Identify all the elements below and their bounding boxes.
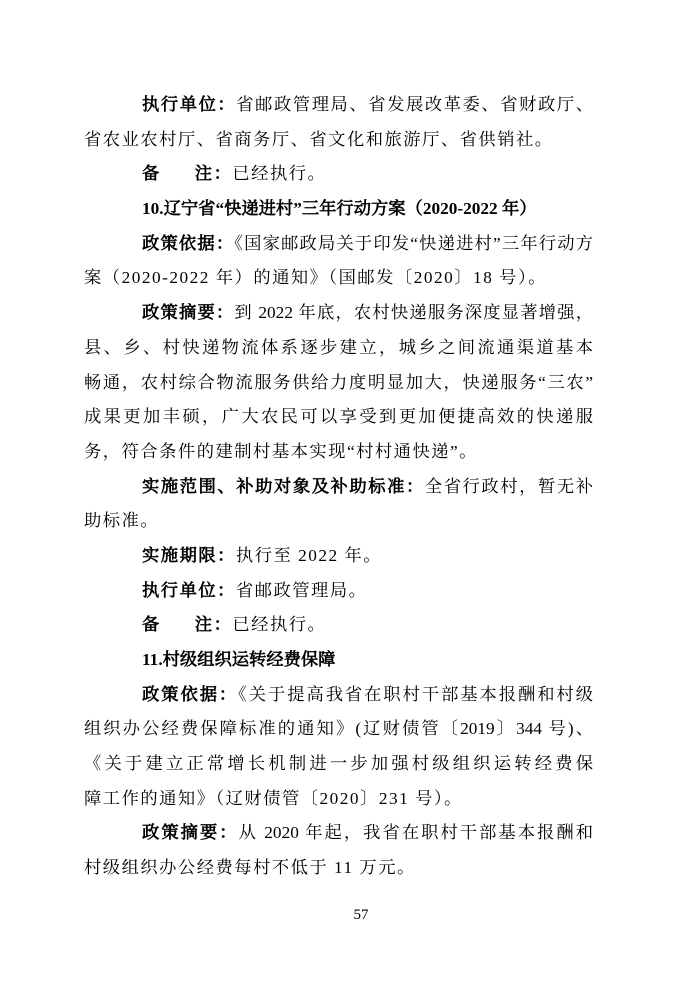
text-run: 村级组织办公经费每村不低于 11 万元。 bbox=[84, 858, 416, 877]
field-label: 备 bbox=[142, 615, 161, 634]
text-run: 从 2020 年起，我省在职村干部基本报酬和 bbox=[239, 823, 593, 842]
page-number: 57 bbox=[0, 907, 700, 924]
text-run: 《关于建立正常增长机制进一步加强村级组织运转经费保 bbox=[84, 754, 593, 773]
text-run: 全省行政村，暂无补 bbox=[425, 477, 593, 496]
para-scope-line: 助标准。 bbox=[84, 504, 593, 539]
para-period-line: 实施期限：执行至 2022 年。 bbox=[84, 539, 593, 574]
text-run: 案（2020-2022 年）的通知》（国邮发〔2020〕18 号）。 bbox=[84, 268, 547, 287]
para-policy-basis-line: 政策依据：《关于提高我省在职村干部基本报酬和村级 bbox=[84, 678, 593, 713]
para-policy-summary-line: 成果更加丰硕，广大农民可以享受到更加便捷高效的快递服 bbox=[84, 400, 593, 435]
field-label: 政策依据： bbox=[142, 685, 238, 704]
text-run: 已经执行。 bbox=[232, 615, 326, 634]
field-label: 政策摘要： bbox=[142, 303, 234, 322]
field-label: 执行单位： bbox=[142, 95, 236, 114]
para-scope-line: 实施范围、补助对象及补助标准：全省行政村，暂无补 bbox=[84, 470, 593, 505]
para-policy-summary-line: 村级组织办公经费每村不低于 11 万元。 bbox=[84, 851, 593, 886]
text-run: 障工作的通知》（辽财债管〔2020〕231 号）。 bbox=[84, 789, 463, 808]
para-policy-basis-line: 组织办公经费保障标准的通知》(辽财债管〔2019〕344 号)、 bbox=[84, 712, 593, 747]
text-run: 执行至 2022 年。 bbox=[236, 546, 382, 565]
para-policy-basis-line: 政策依据：《国家邮政局关于印发“快递进村”三年行动方 bbox=[84, 227, 593, 262]
field-label: 实施期限： bbox=[142, 546, 236, 565]
text-run: 县、乡、村快递物流体系逐步建立，城乡之间流通渠道基本 bbox=[84, 338, 593, 357]
para-exec-unit-line: 执行单位：省邮政管理局、省发展改革委、省财政厅、 bbox=[84, 88, 593, 123]
field-label: 注： bbox=[195, 615, 233, 634]
field-label: 10.辽宁省“快递进村”三年行动方案（2020-2022 年） bbox=[142, 199, 537, 218]
para-policy-basis-line: 障工作的通知》（辽财债管〔2020〕231 号）。 bbox=[84, 782, 593, 817]
para-remark-line: 备注：已经执行。 bbox=[84, 608, 593, 643]
document-page: 执行单位：省邮政管理局、省发展改革委、省财政厅、省农业农村厅、省商务厅、省文化和… bbox=[0, 0, 700, 990]
para-policy-summary-line: 务，符合条件的建制村基本实现“村村通快递”。 bbox=[84, 435, 593, 470]
field-label: 实施范围、补助对象及补助标准： bbox=[142, 477, 425, 496]
para-policy-basis-line: 《关于建立正常增长机制进一步加强村级组织运转经费保 bbox=[84, 747, 593, 782]
para-exec-unit-line: 执行单位：省邮政管理局。 bbox=[84, 574, 593, 609]
para-exec-unit-line: 省农业农村厅、省商务厅、省文化和旅游厅、省供销社。 bbox=[84, 123, 593, 158]
field-label: 政策摘要： bbox=[142, 823, 239, 842]
text-run: 务，符合条件的建制村基本实现“村村通快递”。 bbox=[84, 442, 478, 461]
text-run: 已经执行。 bbox=[232, 164, 326, 183]
text-run: 省邮政管理局、省发展改革委、省财政厅、 bbox=[236, 95, 593, 114]
field-label: 执行单位： bbox=[142, 581, 236, 600]
para-policy-summary-line: 政策摘要：从 2020 年起，我省在职村干部基本报酬和 bbox=[84, 816, 593, 851]
section-heading-10: 10.辽宁省“快递进村”三年行动方案（2020-2022 年） bbox=[84, 192, 593, 227]
para-policy-summary-line: 县、乡、村快递物流体系逐步建立，城乡之间流通渠道基本 bbox=[84, 331, 593, 366]
text-run: 《国家邮政局关于印发“快递进村”三年行动方 bbox=[234, 234, 593, 253]
text-run: 助标准。 bbox=[84, 511, 159, 530]
para-policy-basis-line: 案（2020-2022 年）的通知》（国邮发〔2020〕18 号）。 bbox=[84, 261, 593, 296]
text-run: 畅通，农村综合物流服务供给力度明显加大，快递服务“三农” bbox=[84, 373, 593, 392]
field-label: 备 bbox=[142, 164, 161, 183]
text-run: 省农业农村厅、省商务厅、省文化和旅游厅、省供销社。 bbox=[84, 130, 554, 149]
para-policy-summary-line: 畅通，农村综合物流服务供给力度明显加大，快递服务“三农” bbox=[84, 366, 593, 401]
para-policy-summary-line: 政策摘要：到 2022 年底，农村快递服务深度显著增强， bbox=[84, 296, 593, 331]
text-run: 《关于提高我省在职村干部基本报酬和村级 bbox=[238, 685, 593, 704]
field-label: 11.村级组织运转经费保障 bbox=[142, 650, 335, 669]
document-body: 执行单位：省邮政管理局、省发展改革委、省财政厅、省农业农村厅、省商务厅、省文化和… bbox=[84, 88, 593, 886]
section-heading-11: 11.村级组织运转经费保障 bbox=[84, 643, 593, 678]
para-remark-line: 备注：已经执行。 bbox=[84, 157, 593, 192]
text-run: 省邮政管理局。 bbox=[236, 581, 367, 600]
text-run: 组织办公经费保障标准的通知》(辽财债管〔2019〕344 号)、 bbox=[84, 719, 593, 738]
field-label: 政策依据： bbox=[142, 234, 234, 253]
field-label: 注： bbox=[195, 164, 233, 183]
text-run: 到 2022 年底，农村快递服务深度显著增强， bbox=[234, 303, 593, 322]
text-run: 成果更加丰硕，广大农民可以享受到更加便捷高效的快递服 bbox=[84, 407, 593, 426]
